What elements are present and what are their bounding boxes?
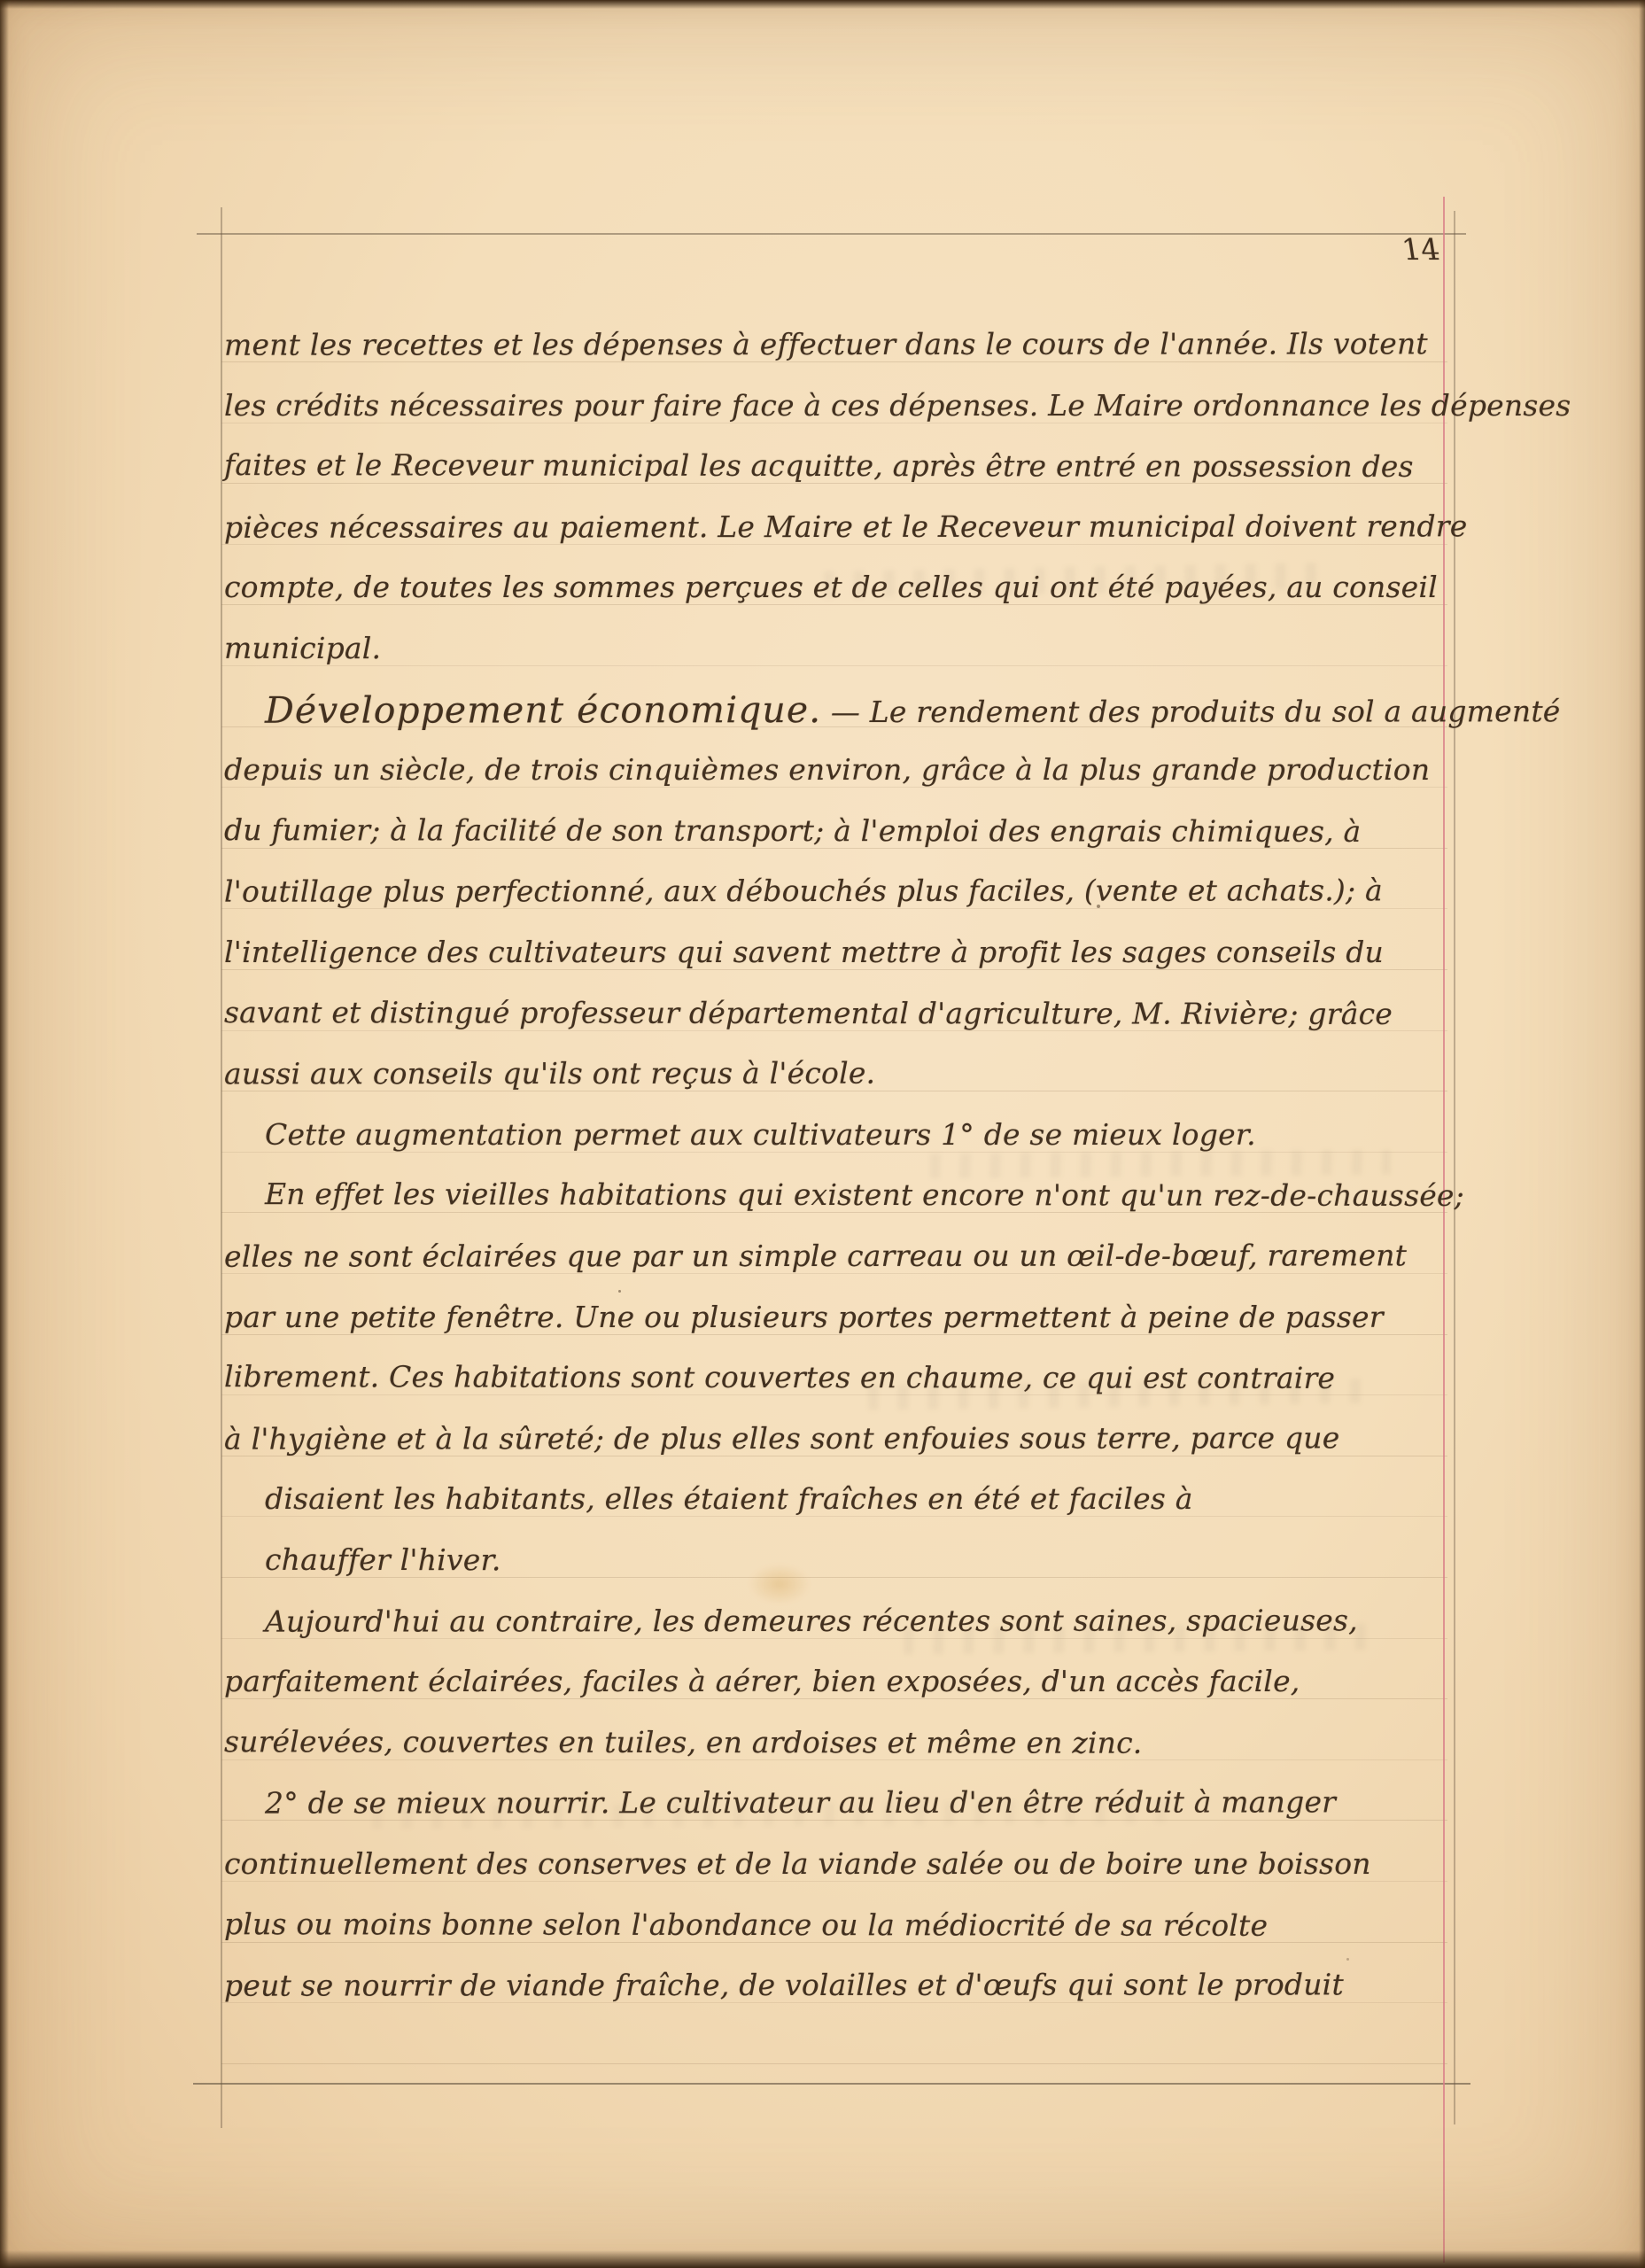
manuscript-line: à l'hygiène et à la sûreté; de plus elle… <box>224 1410 1340 1466</box>
manuscript-line: Développement économique. — Le rendement… <box>224 681 1561 738</box>
manuscript-line: pièces nécessaires au paiement. Le Maire… <box>224 499 1468 555</box>
ink-speck <box>1346 1958 1349 1961</box>
ink-speck <box>618 1290 621 1293</box>
section-heading: Développement économique. <box>265 688 821 732</box>
manuscript-line: les crédits nécessaires pour faire face … <box>224 378 1571 433</box>
manuscript-line: par une petite fenêtre. Une ou plusieurs… <box>224 1290 1384 1345</box>
manuscript-line: compte, de toutes les sommes perçues et … <box>224 560 1438 615</box>
paper-stain <box>749 1564 811 1604</box>
manuscript-line: l'outillage plus perfectionné, aux débou… <box>224 864 1383 920</box>
manuscript-line: depuis un siècle, de trois cinquièmes en… <box>224 742 1430 797</box>
manuscript-line: Cette augmentation permet aux cultivateu… <box>224 1107 1256 1162</box>
manuscript-line: ment les recettes et les dépenses à effe… <box>224 316 1428 372</box>
manuscript-line: chauffer l'hiver. <box>224 1533 501 1588</box>
manuscript-line: disaient les habitants, elles étaient fr… <box>224 1472 1193 1526</box>
manuscript-line: continuellement des conserves et de la v… <box>224 1837 1371 1891</box>
manuscript-line: En effet les vieilles habitations qui ex… <box>224 1167 1464 1223</box>
manuscript-line: peut se nourrir de viande fraîche, de vo… <box>224 1958 1344 2014</box>
manuscript-line: l'intelligence des cultivateurs qui save… <box>224 925 1384 980</box>
manuscript-line: plus ou moins bonne selon l'abondance ou… <box>224 1897 1268 1953</box>
manuscript-line: faites et le Receveur municipal les acqu… <box>224 438 1414 494</box>
manuscript-line: aussi aux conseils qu'ils ont reçus à l'… <box>224 1046 875 1102</box>
manuscript-line: elles ne sont éclairées que par un simpl… <box>224 1228 1407 1284</box>
manuscript-line: savant et distingué professeur départeme… <box>224 985 1393 1042</box>
manuscript-line: municipal. <box>224 621 381 676</box>
manuscript-page-photo: 14 ment les recettes et les dépenses à e… <box>0 0 1645 2268</box>
manuscript-lines: ment les recettes et les dépenses à effe… <box>0 0 1645 2268</box>
manuscript-line: surélevées, couvertes en tuiles, en ardo… <box>224 1714 1143 1770</box>
manuscript-line: parfaitement éclairées, faciles à aérer,… <box>224 1654 1300 1709</box>
manuscript-line: 2° de se mieux nourrir. Le cultivateur a… <box>224 1775 1336 1831</box>
heading-continuation: — Le rendement des produits du sol a aug… <box>821 694 1560 729</box>
manuscript-line: du fumier; à la facilité de son transpor… <box>224 803 1361 859</box>
ink-speck <box>1097 905 1100 908</box>
manuscript-line: librement. Ces habitations sont couverte… <box>224 1349 1335 1406</box>
